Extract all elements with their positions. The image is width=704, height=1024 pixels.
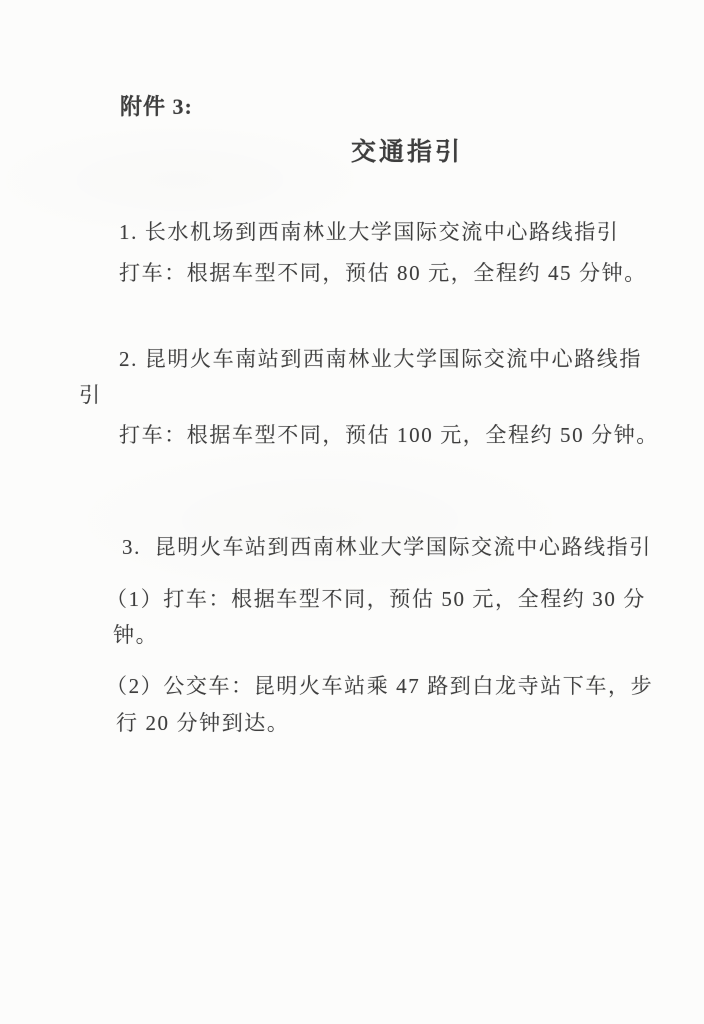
section-3-bus-line-2: 行 20 分钟到达。 <box>116 710 290 736</box>
attachment-label: 附件 3: <box>120 93 193 121</box>
section-3-taxi-line-1: （1）打车：根据车型不同，预估 50 元，全程约 30 分 <box>106 586 646 612</box>
section-1-body-line: 打车：根据车型不同，预估 80 元，全程约 45 分钟。 <box>119 260 647 286</box>
document-title: 交通指引 <box>351 137 463 168</box>
section-1-heading: 1. 长水机场到西南林业大学国际交流中心路线指引 <box>119 219 619 245</box>
section-2-body-line: 打车：根据车型不同，预估 100 元，全程约 50 分钟。 <box>119 422 659 448</box>
scanned-document-page: 附件 3: 交通指引 1. 长水机场到西南林业大学国际交流中心路线指引 打车：根… <box>0 0 704 1024</box>
section-2-heading-line-2: 引 <box>79 382 102 408</box>
section-3-taxi-line-2: 钟。 <box>113 622 158 648</box>
section-3-bus-line-1: （2）公交车：昆明火车站乘 47 路到白龙寺站下车，步 <box>106 673 653 699</box>
section-3-heading: 3. 昆明火车站到西南林业大学国际交流中心路线指引 <box>122 534 652 560</box>
section-2-heading-line-1: 2. 昆明火车南站到西南林业大学国际交流中心路线指 <box>119 346 642 372</box>
